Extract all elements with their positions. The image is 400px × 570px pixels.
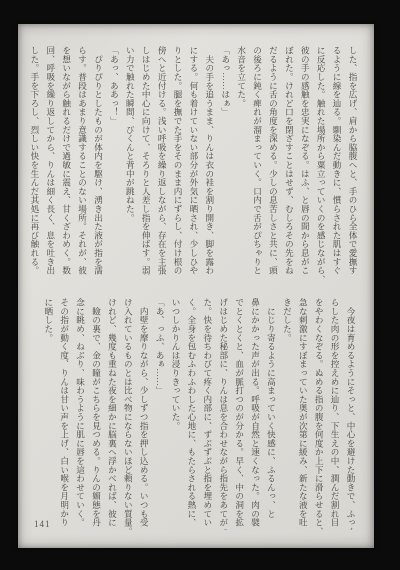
text-column: 彼の手の感触を忠実になぞる。はふ、と唇の間から息がこ [296, 46, 312, 278]
text-column: けれど、幾度も重ねた夜を細かに脳裏へ浮かべれば、彼に [104, 298, 120, 530]
text-column: 今夜は育めるようにそっと、中心を避けた動きで、ふっく [342, 298, 358, 530]
text-column: 瞼の裏で、金の瞳がこちらを見つめる。りんの媚態を丹 [88, 298, 104, 530]
text-column: 傍へと近付ける。浅い呼吸を繰り返しながら、存在を主張 [153, 46, 169, 278]
text-column: い力で触れた瞬間、びくんと背中が跳ねた。 [121, 46, 137, 278]
text-column: た。快を待ちわびて疼く内部に、ずぶずぶと指を埋めてい [199, 298, 215, 530]
text-column: 「あっ、ああっ！」 [106, 46, 122, 278]
text-column: でとくとくと、血が脈打つのが分かる。早く、中の洞を拡 [231, 298, 247, 530]
text-column: を想いながら触れるだけで過敏に震え、甘くざわめく。数 [58, 46, 74, 278]
text-column: その指が動く度、りんは甘い声を上げ、白い喉を月明かり [56, 298, 72, 530]
text-column: 内壁を摩りながら、少しずつ指を押し込める。いつも受 [135, 298, 151, 530]
text-column: に反応した。触れた場所から粟立っていくのを感じながら、 [312, 46, 328, 278]
text-column: 「あ、っふ、あぁ……」 [151, 298, 167, 530]
text-column: をやわくなぞる。ぬめる指の腹を何度か上下に滑らせると、 [310, 298, 326, 530]
text-column: らす。普段はあまり意識することのない場所。それが、彼 [74, 46, 90, 278]
text-column: にじり寄るように高まっていく快感に、ふるんっ、と [263, 298, 279, 530]
text-column: した、指を広げ、肩から脇腹へと、手のひら全体で愛撫す [344, 46, 360, 278]
text-column: らした肉の形を控えめに辿り、下生えの中、潤んだ割れ目 [326, 298, 342, 530]
scan-background: した、指を広げ、肩から脇腹へと、手のひら全体で愛撫するように線を辿る。馴染んだ動… [0, 0, 400, 570]
page-number: 141 [34, 519, 51, 529]
text-column: にする。何も着けていない部分が外気に晒され、少しひや [185, 46, 201, 278]
text-column: の後ろに鈍く痺れが溜まっていく。口内で舌がぴちゃりと [249, 46, 265, 278]
text-column: 夫の手を追うまま、りんは衣の袿を割り開き、脚を露わ [201, 46, 217, 278]
text-column: 「あっ……はぁ」 [217, 46, 233, 278]
text-column: に晒した。 [40, 298, 56, 530]
text-column: いつしかりんは浸りきっていた。 [167, 298, 183, 530]
text-column: ぴりぴりとしたものが体内を駆け、湧き出た液が指を濡 [90, 46, 106, 278]
text-column: く。全身を包むふわふわした心地に、もたらされる熱に、 [183, 298, 199, 530]
book-page: した、指を広げ、肩から脇腹へと、手のひら全体で愛撫するように線を辿る。馴染んだ動… [18, 24, 374, 548]
text-block-lower: 今夜は育めるようにそっと、中心を避けた動きで、ふっくらした肉の形を控えめに辿り、… [38, 298, 358, 530]
text-column: 鼻にかかった声が出る。呼吸が自然と速くなった。肉の襞 [247, 298, 263, 530]
text-column: きだした。 [278, 298, 294, 530]
text-column: け入れているものとは比べ物にならないほど頼りない質量。 [119, 298, 135, 530]
text-column: 水音を立てた。 [233, 46, 249, 278]
text-block-upper: した、指を広げ、肩から脇腹へと、手のひら全体で愛撫するように線を辿る。馴染んだ動… [24, 46, 360, 278]
text-column: りとした。腿を撫でた手をそのまま内にずらし、付け根の [169, 46, 185, 278]
text-column: しはじめた中心に向けて、そろりと人差し指を伸ばす。弱 [137, 46, 153, 278]
text-column: 急な刺激にすぼまっていた奥が次第に緩み、新たな液を吐 [294, 298, 310, 530]
text-column: 念に眺め、ねぶり、味わうように肌に唇を這わせていく。 [72, 298, 88, 530]
text-column: だるように舌の角度を深める。少しの息苦しさと共に、頭 [265, 46, 281, 278]
text-column: した。手を下ろし、烈しい快を生んだ其処に再び触れる。 [26, 46, 42, 278]
text-column: げはじめた秘部に、りんは息を合わせながら指先をあてがっ [215, 298, 231, 530]
text-column: 回、呼吸を繰り返してから、りんは細く長く、息を吐き出 [42, 46, 58, 278]
text-column: るように線を辿る。馴染んだ動きに、慣らされた肌はすぐ [328, 46, 344, 278]
text-column: ぼれた。けれど口を閉ざすことはせず、むしろその先をね [280, 46, 296, 278]
